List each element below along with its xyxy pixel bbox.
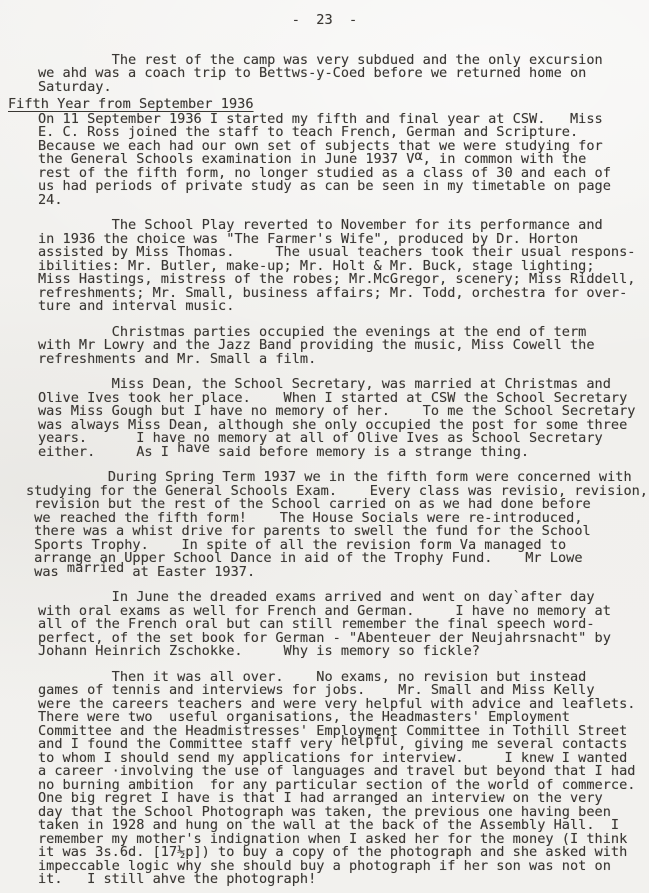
typewritten-memoir-page: - 23 - The rest of the camp was very sub… bbox=[0, 0, 649, 893]
paragraph-careers-and-photograph: Then it was all over. No exams, no revis… bbox=[38, 671, 649, 887]
paragraph-camp-excursion: The rest of the camp was very subdued an… bbox=[38, 54, 649, 95]
paragraph-school-play: The School Play reverted to November for… bbox=[38, 219, 649, 314]
paragraph-school-secretary: Miss Dean, the School Secretary, was mar… bbox=[38, 378, 649, 459]
paragraph-fifth-year-start: On 11 September 1936 I started my fifth … bbox=[38, 113, 649, 208]
page-number: - 23 - bbox=[0, 14, 649, 28]
section-heading: Fifth Year from September 1936 bbox=[8, 98, 649, 112]
paragraph-spring-term-1937: During Spring Term 1937 we in the fifth … bbox=[26, 471, 649, 579]
paragraph-christmas-parties: Christmas parties occupied the evenings … bbox=[38, 326, 649, 367]
section-heading-text: Fifth Year from September 1936 bbox=[8, 96, 254, 112]
paragraph-june-exams: In June the dreaded exams arrived and we… bbox=[38, 591, 649, 659]
